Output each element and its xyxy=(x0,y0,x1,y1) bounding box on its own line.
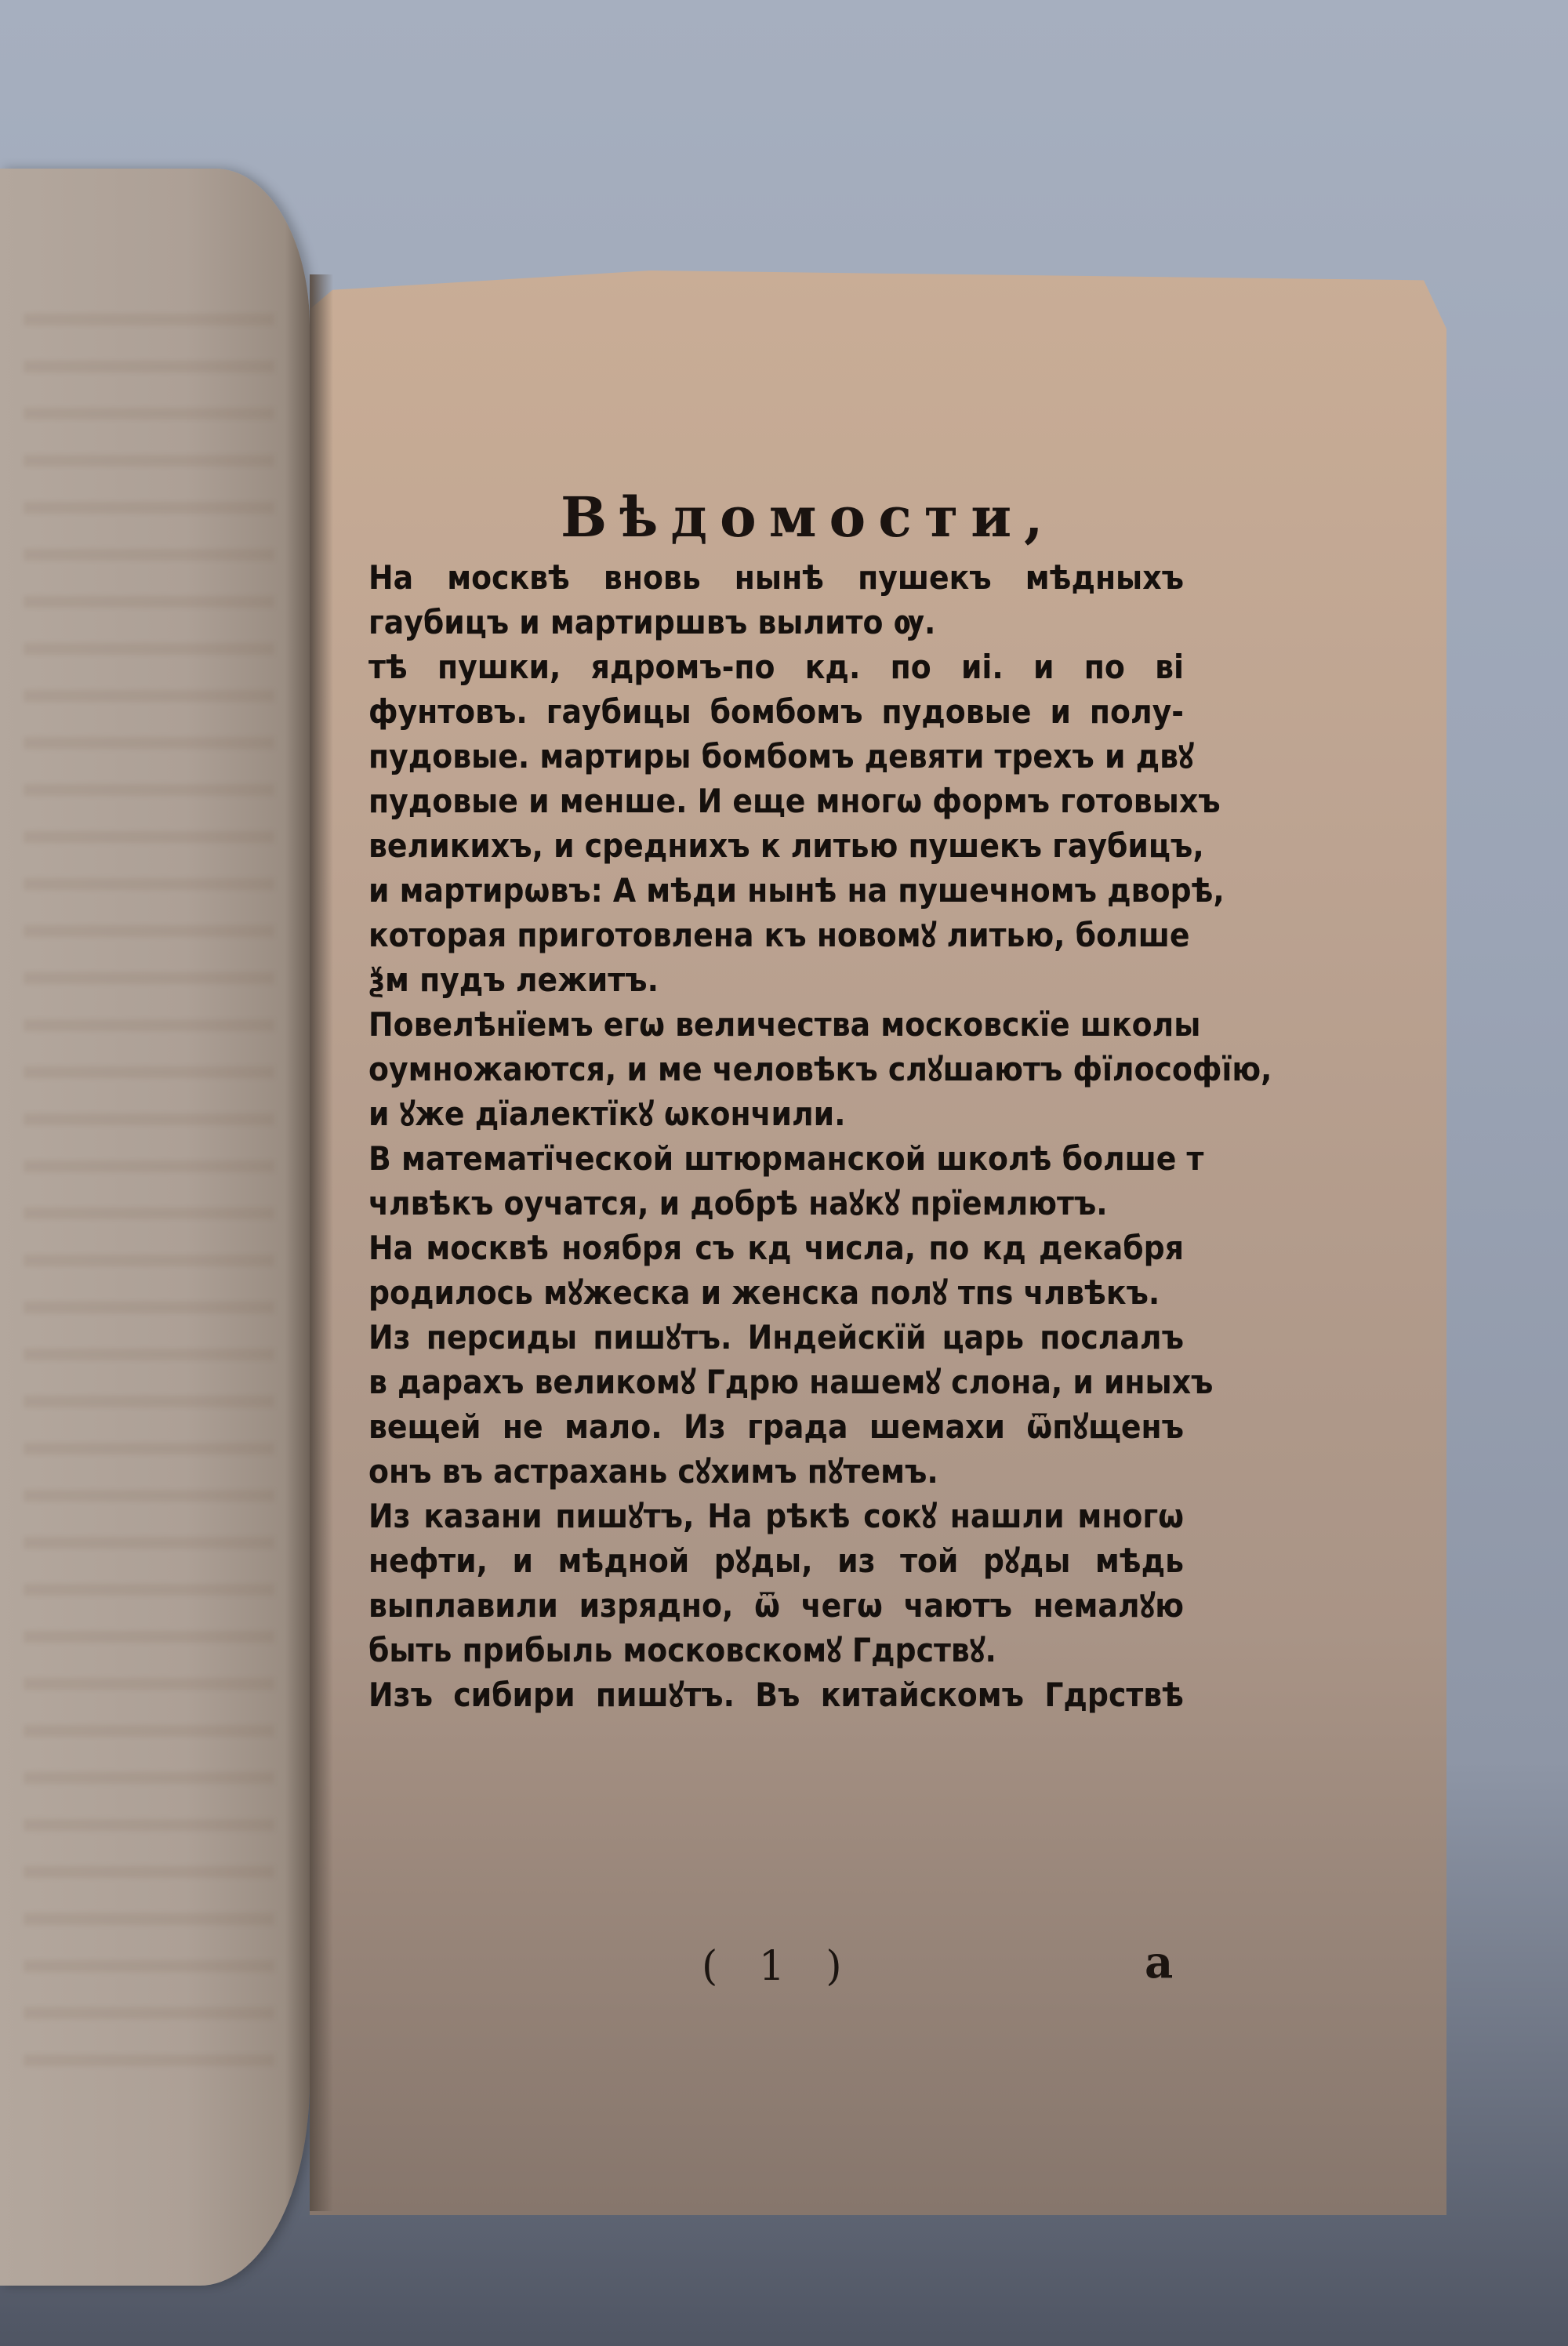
text-line: Изъ сибири пишꙋтъ. Въ китайскомъ Гдрствѣ xyxy=(368,1672,1184,1717)
text-line: великихъ, и среднихъ к литью пушекъ гауб… xyxy=(368,823,1184,868)
text-line: На москвѣ вновь нынѣ пушекъ мѣдныхъ xyxy=(368,555,1184,600)
show-through-text xyxy=(24,278,274,2082)
text-line: быть прибыль московскомꙋ Гдрствꙋ. xyxy=(368,1628,1184,1672)
text-line: онъ въ астрахань сꙋхимъ пꙋтемъ. xyxy=(368,1449,1184,1494)
text-line: На москвѣ ноября съ кд числа, по кд дека… xyxy=(368,1226,1184,1270)
text-line: тѣ пушки, ядромъ-по кд. по иі. и по ві xyxy=(368,645,1184,689)
text-line: фунтовъ. гаубицы бомбомъ пудовые и полу- xyxy=(368,689,1184,734)
text-line: гаубицъ и мартиршвъ вылито ѹ. xyxy=(368,600,1184,645)
text-line: и мартирѡвъ: А мѣди нынѣ на пушечномъ дв… xyxy=(368,868,1184,913)
text-line: которая приготовлена къ новомꙋ литью, бо… xyxy=(368,913,1184,957)
text-line: пудовые и менше. И еще многѡ формъ готов… xyxy=(368,779,1184,823)
text-line: члвѣкъ оучатся, и добрѣ наꙋкꙋ прїемлютъ. xyxy=(368,1181,1184,1226)
text-line: В математїческой штюрманской школѣ болше… xyxy=(368,1136,1184,1181)
text-line: вещей не мало. Из града шемахи ѿпꙋщенъ xyxy=(368,1404,1184,1449)
signature-mark: а xyxy=(1145,1937,1173,1988)
page-number: ( 1 ) xyxy=(702,1943,856,1990)
left-page-verso xyxy=(0,169,310,2286)
text-line: родилось мꙋжеска и женска полꙋ тпѕ члвѣк… xyxy=(368,1270,1184,1315)
text-line: в дарахъ великомꙋ Гдрю нашемꙋ слона, и и… xyxy=(368,1360,1184,1404)
text-line: Повелѣнїемъ егѡ величества московскїе шк… xyxy=(368,1002,1184,1047)
text-line: Из казани пишꙋтъ, На рѣкѣ сокꙋ нашли мно… xyxy=(368,1494,1184,1538)
text-line: ѯм пудъ лежитъ. xyxy=(368,957,1184,1002)
text-line: пудовые. мартиры бомбомъ девяти трехъ и … xyxy=(368,734,1184,779)
text-line: выплавили изрядно, ѿ чегѡ чаютъ немалꙋю xyxy=(368,1583,1184,1628)
text-line: нефти, и мѣдной рꙋды, из той рꙋды мѣдь xyxy=(368,1538,1184,1583)
text-line: Из персиды пишꙋтъ. Индейскїй царь послал… xyxy=(368,1315,1184,1360)
page-title: Вѣдомости, xyxy=(561,485,1031,550)
text-line: и ꙋже дїалектїкꙋ ѡкончили. xyxy=(368,1091,1184,1136)
document-body: На москвѣ вновь нынѣ пушекъ мѣдныхъгауби… xyxy=(368,555,1184,1717)
text-line: оумножаются, и ме человѣкъ слꙋшаютъ фїло… xyxy=(368,1047,1184,1091)
book-gutter-shadow xyxy=(310,274,333,2211)
